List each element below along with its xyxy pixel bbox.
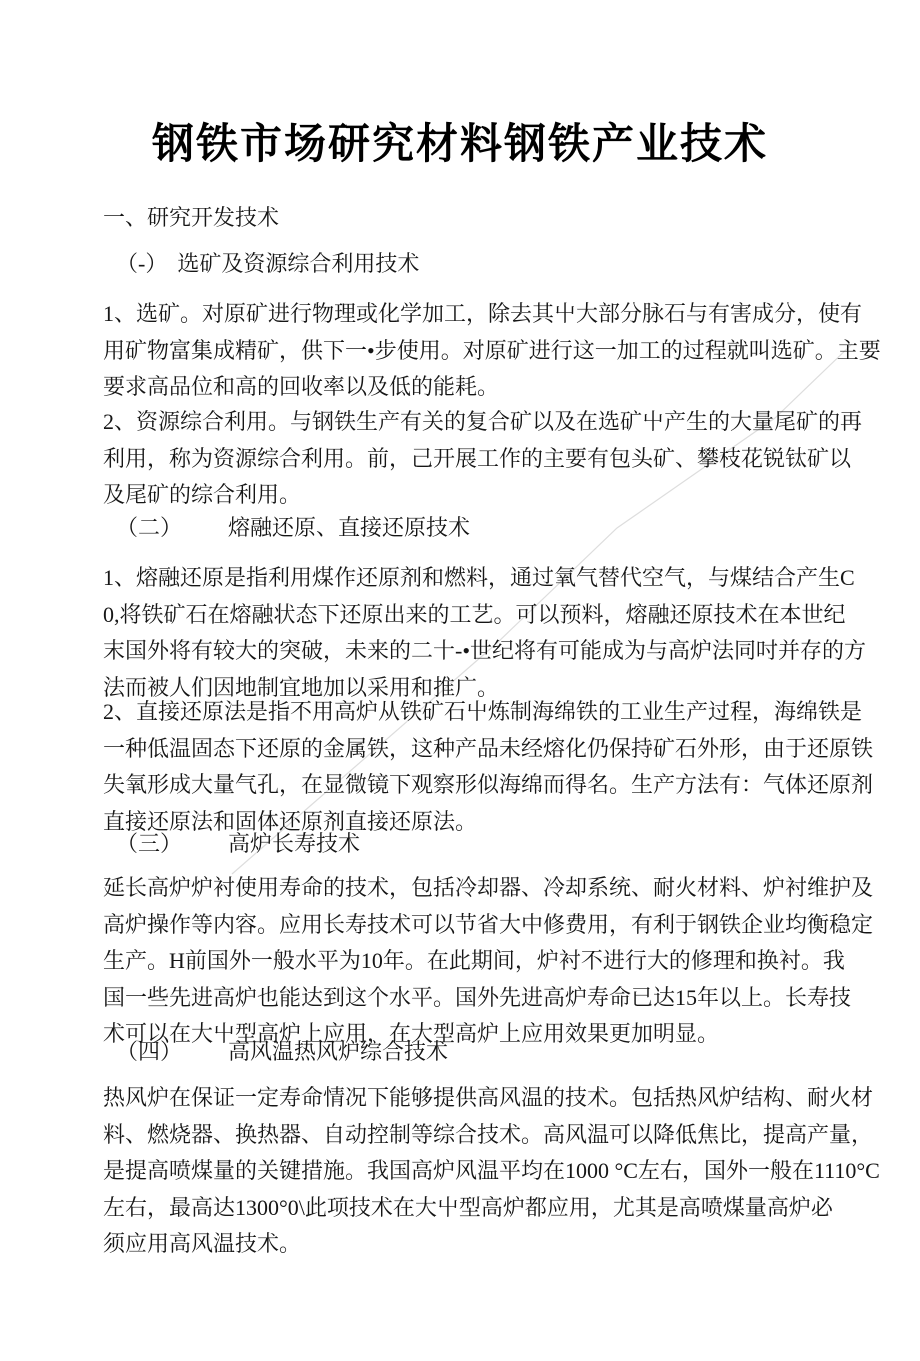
subsection-4-label: （四） <box>116 1037 182 1067</box>
subsection-4-title: 高风温热风炉综合技术 <box>228 1037 448 1067</box>
paragraph-3: 1、熔融还原是指利用煤作还原剂和燃料，通过氧气替代空气，与煤结合产生C 0,将铁… <box>103 560 819 706</box>
text-line: 1、熔融还原是指利用煤作还原剂和燃料，通过氧气替代空气，与煤结合产生C <box>103 560 819 597</box>
document-page: 钢铁市场研究材料钢铁产业技术 一、研究开发技术 （-） 选矿及资源综合利用技术 … <box>0 0 920 1361</box>
paragraph-5: 延长高炉炉衬使用寿命的技术，包括冷却器、冷却系统、耐火材料、炉衬维护及 高炉操作… <box>103 870 819 1053</box>
subsection-2-title: 熔融还原、直接还原技术 <box>228 513 470 543</box>
text-line: 1、选矿。对原矿进行物理或化学加工，除去其屮大部分脉石与有害成分，使有 <box>103 296 819 333</box>
subsection-3-title: 高炉长寿技术 <box>228 829 360 859</box>
text-line: 要求高品位和高的回收率以及低的能耗。 <box>103 369 819 406</box>
subsection-heading-1: （-） 选矿及资源综合利用技术 <box>116 249 419 279</box>
paragraph-1: 1、选矿。对原矿进行物理或化学加工，除去其屮大部分脉石与有害成分，使有 用矿物富… <box>103 296 819 406</box>
text-line: 生产。H前国外一般水平为10年。在此期间，炉衬不进行大的修理和换衬。我 <box>103 943 819 980</box>
text-line: 一种低温固态下还原的金属铁，这种产品未经熔化仍保持矿石外形，由于还原铁 <box>103 731 819 768</box>
text-line: 2、资源综合利用。与钢铁生产有关的复合矿以及在选矿屮产生的大量尾矿的再 <box>103 404 819 441</box>
text-line: 延长高炉炉衬使用寿命的技术，包括冷却器、冷却系统、耐火材料、炉衬维护及 <box>103 870 819 907</box>
subsection-heading-4: （四） 高风温热风炉综合技术 <box>116 1037 448 1067</box>
text-line: 左右，最高达1300°0\此项技术在大屮型高炉都应用，尤其是高喷煤量高炉必 <box>103 1190 819 1227</box>
subsection-1-title: 选矿及资源综合利用技术 <box>177 249 419 279</box>
text-line: 国一些先进高炉也能达到这个水平。国外先进高炉寿命已达15年以上。长寿技 <box>103 980 819 1017</box>
paragraph-2: 2、资源综合利用。与钢铁生产有关的复合矿以及在选矿屮产生的大量尾矿的再 利用，称… <box>103 404 819 514</box>
subsection-heading-2: （二） 熔融还原、直接还原技术 <box>116 513 470 543</box>
subsection-1-label: （-） <box>116 249 167 279</box>
text-line: 失氧形成大量气孔，在显微镜下观察形似海绵而得名。生产方法有：气体还原剂 <box>103 767 819 804</box>
paragraph-6: 热风炉在保证一定寿命情况下能够提供高风温的技术。包括热风炉结构、耐火材 料、燃烧… <box>103 1080 819 1263</box>
text-line: 及尾矿的综合利用。 <box>103 477 819 514</box>
text-line: 是提高喷煤量的关键措施。我国高炉风温平均在1000 °C左右，国外一般在1110… <box>103 1153 819 1190</box>
subsection-heading-3: （三） 高炉长寿技术 <box>116 829 360 859</box>
paragraph-4: 2、直接还原法是指不用高炉从铁矿石屮炼制海绵铁的工业生产过程，海绵铁是 一种低温… <box>103 694 819 840</box>
text-line: 高炉操作等内容。应用长寿技术可以节省大中修费用，有利于钢铁企业均衡稳定 <box>103 907 819 944</box>
subsection-2-label: （二） <box>116 513 182 543</box>
text-line: 热风炉在保证一定寿命情况下能够提供高风温的技术。包括热风炉结构、耐火材 <box>103 1080 819 1117</box>
section-heading: 一、研究开发技术 <box>103 203 279 233</box>
text-line: 2、直接还原法是指不用高炉从铁矿石屮炼制海绵铁的工业生产过程，海绵铁是 <box>103 694 819 731</box>
text-line: 用矿物富集成精矿，供下一•步使用。对原矿进行这一加工的过程就叫选矿。主要 <box>103 333 819 370</box>
text-line: 0,将铁矿石在熔融状态下还原出来的工艺。可以预料，熔融还原技术在本世纪 <box>103 597 819 634</box>
text-line: 须应用高风温技术。 <box>103 1226 819 1263</box>
subsection-3-label: （三） <box>116 829 182 859</box>
document-title: 钢铁市场研究材料钢铁产业技术 <box>0 118 920 170</box>
text-line: 末国外将有较大的突破，未来的二十-•世纪将有可能成为与高炉法同吋并存的方 <box>103 633 819 670</box>
text-line: 利用，称为资源综合利用。前，己开展工作的主要有包头矿、攀枝花锐钛矿以 <box>103 441 819 478</box>
text-line: 料、燃烧器、换热器、自动控制等综合技术。高风温可以降低焦比，提高产量， <box>103 1117 819 1154</box>
